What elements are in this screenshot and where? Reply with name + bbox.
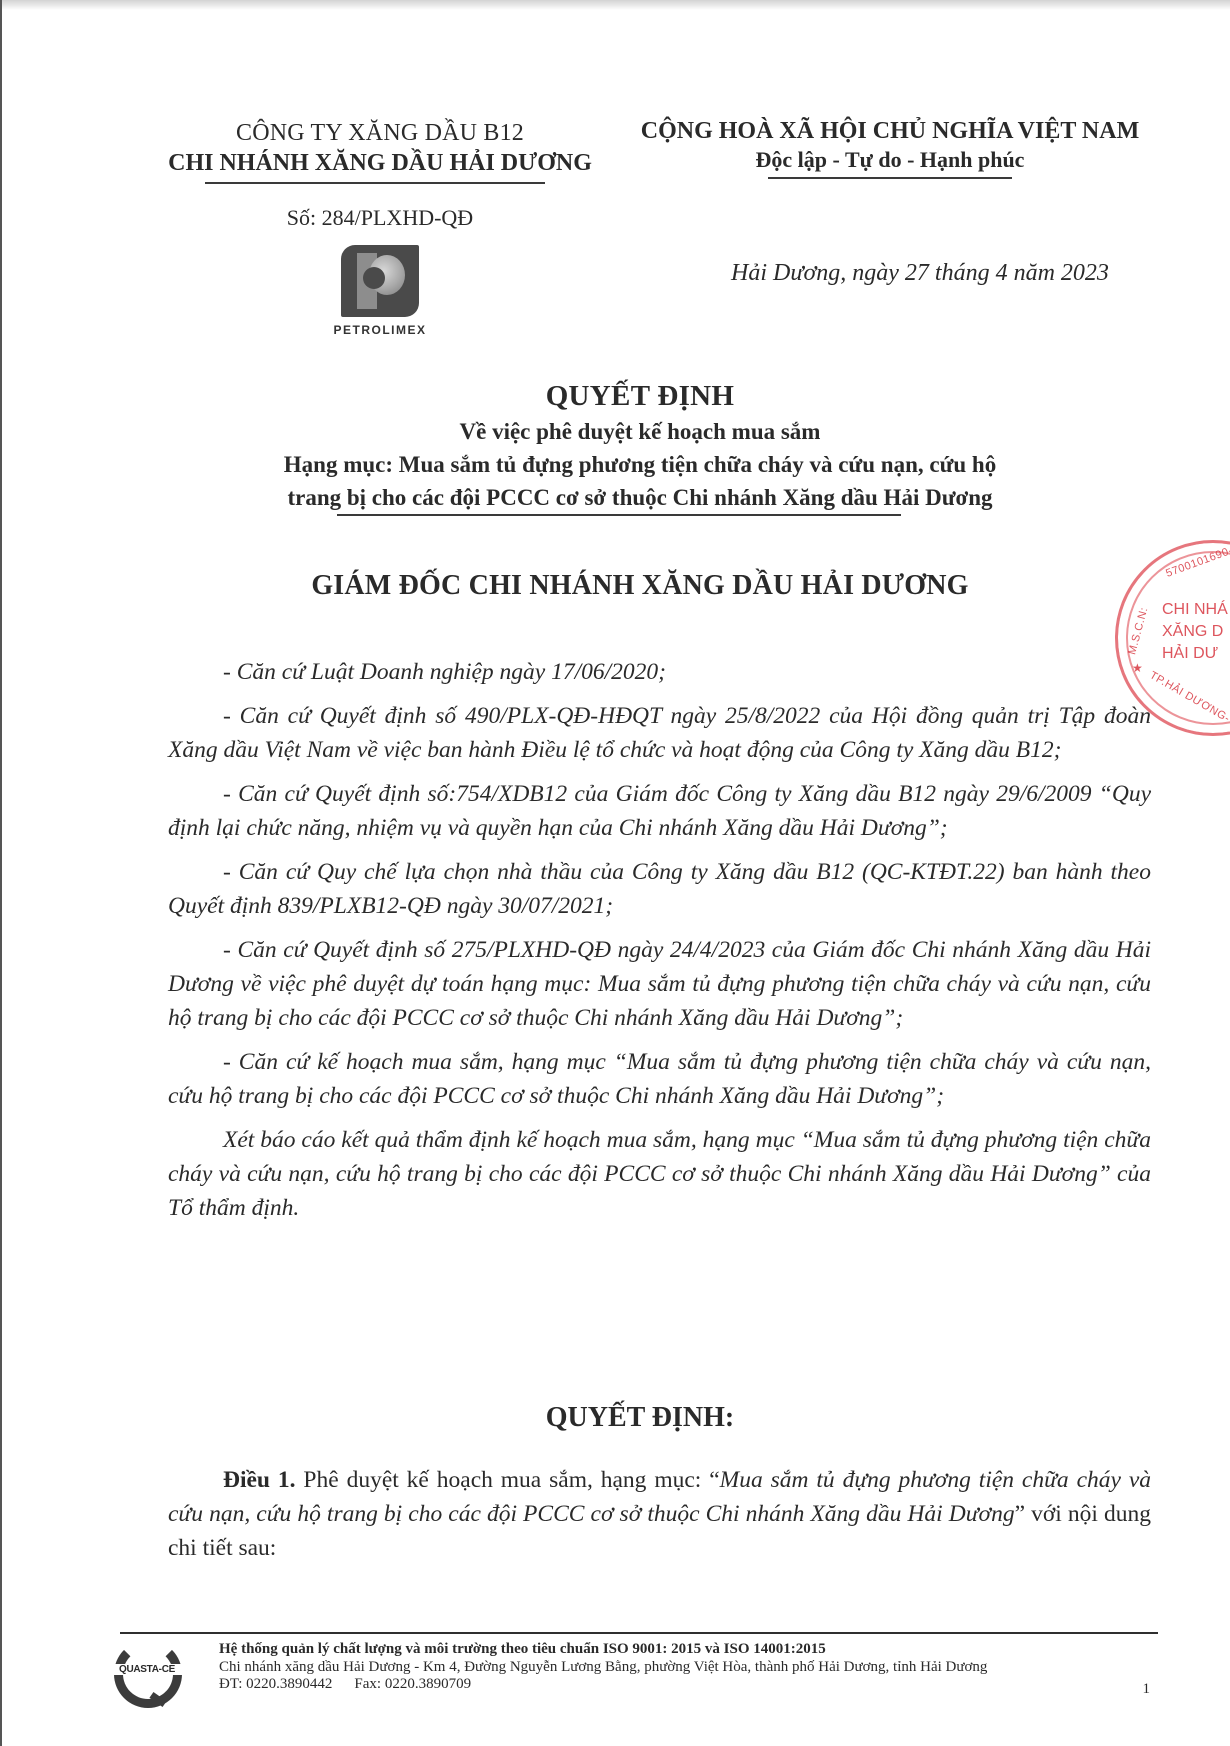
issuer-block: CÔNG TY XĂNG DẦU B12 CHI NHÁNH XĂNG DẦU … bbox=[150, 118, 610, 178]
scan-left-edge bbox=[0, 0, 2, 1746]
issuing-authority: GIÁM ĐỐC CHI NHÁNH XĂNG DẦU HẢI DƯƠNG bbox=[180, 570, 1100, 602]
contact-line: ĐT: 0220.3890442Fax: 0220.3890709 bbox=[219, 1676, 1159, 1694]
document-title: QUYẾT ĐỊNH bbox=[180, 377, 1100, 415]
place-and-date: Hải Dương, ngày 27 tháng 4 năm 2023 bbox=[700, 260, 1140, 287]
petrolimex-logo: PETROLIMEX bbox=[315, 245, 445, 337]
decision-heading: QUYẾT ĐỊNH: bbox=[180, 1402, 1100, 1434]
article-label: Điều 1. bbox=[223, 1467, 296, 1493]
article-lead: Phê duyệt kế hoạch mua sắm, hạng mục: “ bbox=[296, 1467, 720, 1493]
item-line-2: trang bị cho các đội PCCC cơ sở thuộc Ch… bbox=[180, 481, 1100, 514]
motto-underline bbox=[768, 177, 1012, 179]
logo-wordmark: PETROLIMEX bbox=[315, 323, 445, 337]
stamp-label: M.S.C.N: bbox=[1126, 606, 1150, 656]
legal-grounds: - Căn cứ Luật Doanh nghiệp ngày 17/06/20… bbox=[168, 655, 1151, 1235]
article-1: Điều 1. Phê duyệt kế hoạch mua sắm, hạng… bbox=[168, 1463, 1151, 1565]
consideration-paragraph: Xét báo cáo kết quả thẩm định kế hoạch m… bbox=[168, 1123, 1151, 1225]
ground-paragraph: - Căn cứ Quyết định số 275/PLXHD-QĐ ngày… bbox=[168, 933, 1151, 1035]
footer-divider bbox=[120, 1632, 1158, 1634]
ground-paragraph: - Căn cứ kế hoạch mua sắm, hạng mục “Mua… bbox=[168, 1045, 1151, 1113]
ground-paragraph: - Căn cứ Quyết định số 490/PLX-QĐ-HĐQT n… bbox=[168, 699, 1151, 767]
scan-edge-artifact bbox=[0, 0, 1230, 10]
document-subject: Về việc phê duyệt kế hoạch mua sắm bbox=[180, 415, 1100, 448]
branch-address: Chi nhánh xăng dầu Hải Dương - Km 4, Đườ… bbox=[219, 1659, 1159, 1677]
footer-info: Hệ thống quản lý chất lượng và môi trườn… bbox=[219, 1641, 1159, 1694]
fax-number: Fax: 0220.3890709 bbox=[354, 1676, 471, 1692]
document-number: Số: 284/PLXHD-QĐ bbox=[150, 205, 610, 231]
quasta-wordmark: QUASTA-CE bbox=[112, 1664, 182, 1675]
stamp-line: CHI NHÁ bbox=[1162, 599, 1230, 621]
title-underline bbox=[337, 514, 901, 516]
branch-name: CHI NHÁNH XĂNG DẦU HẢI DƯƠNG bbox=[150, 148, 610, 178]
nation-name: CỘNG HOÀ XÃ HỘI CHỦ NGHĨA VIỆT NAM bbox=[625, 116, 1155, 146]
company-name: CÔNG TY XĂNG DẦU B12 bbox=[150, 118, 610, 148]
national-motto: Độc lập - Tự do - Hạnh phúc bbox=[625, 146, 1155, 174]
ground-paragraph: - Căn cứ Quy chế lựa chọn nhà thầu của C… bbox=[168, 855, 1151, 923]
item-line-1: Hạng mục: Mua sắm tủ đựng phương tiện ch… bbox=[180, 448, 1100, 481]
issuer-underline bbox=[205, 182, 545, 184]
stamp-line: XĂNG D bbox=[1162, 621, 1230, 643]
stamp-center-text: CHI NHÁ XĂNG D HẢI DƯ bbox=[1162, 599, 1230, 665]
stamp-line: HẢI DƯ bbox=[1162, 643, 1230, 665]
decision-title-block: QUYẾT ĐỊNH Về việc phê duyệt kế hoạch mu… bbox=[180, 377, 1100, 514]
ground-paragraph: - Căn cứ Luật Doanh nghiệp ngày 17/06/20… bbox=[168, 655, 1151, 689]
phone-number: ĐT: 0220.3890442 bbox=[219, 1676, 332, 1692]
quasta-ce-logo: QUASTA-CE bbox=[110, 1638, 180, 1708]
page-number: 1 bbox=[1130, 1681, 1150, 1698]
stamp-city: TP.HẢI DƯƠNG-T bbox=[1148, 669, 1230, 728]
ground-paragraph: - Căn cứ Quyết định số:754/XDB12 của Giá… bbox=[168, 777, 1151, 845]
petrolimex-logo-icon bbox=[341, 245, 419, 317]
stamp-tax-code: 5700101690-0 bbox=[1164, 542, 1230, 580]
quality-standard: Hệ thống quản lý chất lượng và môi trườn… bbox=[219, 1641, 1159, 1659]
national-header: CỘNG HOÀ XÃ HỘI CHỦ NGHĨA VIỆT NAM Độc l… bbox=[625, 116, 1155, 174]
